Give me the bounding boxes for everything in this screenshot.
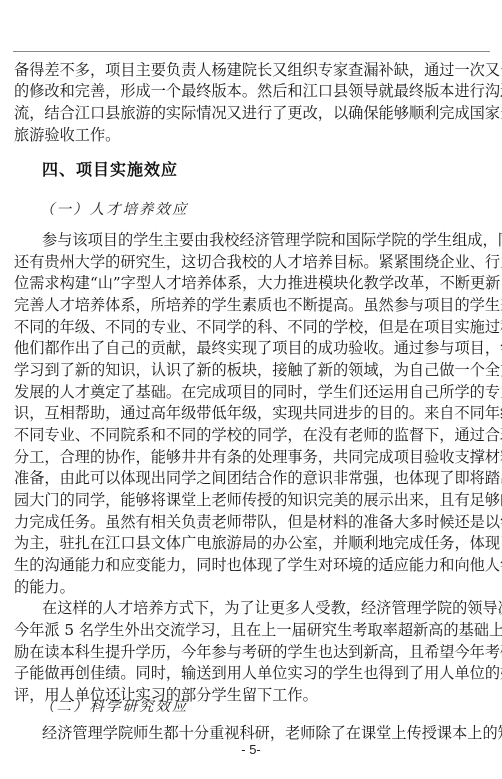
text-line: 识，互相帮助，通过高年级带低年级，实现共同进步的目的。来自不同年级、 xyxy=(14,403,489,423)
text-line: 位需求构建“山”字型人才培养体系，大力推进模块化教学改革，不断更新 xyxy=(14,273,489,293)
text-line: 园大门的同学，能够将课堂上老师传授的知识完美的展示出来，且有足够的能 xyxy=(14,490,489,510)
text-line: 还有贵州大学的研究生，这切合我校的人才培养目标。紧紧围绕企业、行业岗 xyxy=(14,252,489,272)
text-line: 不同专业、不同院系和不同的学校的同学，在没有老师的监督下，通过合理的 xyxy=(14,425,489,445)
text-line: 分工，合理的协作，能够井井有条的处理事务，共同完成项目验收支撑材料的 xyxy=(14,447,489,467)
text-line: 在这样的人才培养方式下，为了让更多人受教，经济管理学院的领导决定 xyxy=(42,598,489,618)
text-line: 的能力。 xyxy=(14,577,489,597)
header-rule xyxy=(13,51,490,52)
text-line: 准备，由此可以体现出同学之间团结合作的意识非常强，也体现了即将踏出校 xyxy=(14,468,489,488)
subsection-heading-talent: （一）人才培养效应 xyxy=(40,200,189,220)
text-line: 发展的人才奠定了基础。在完成项目的同时，学生们还运用自己所学的专业知 xyxy=(14,382,489,402)
text-line: 经济管理学院师生都十分重视科研，老师除了在课堂上传授课本上的知识 xyxy=(42,723,489,743)
subsection-heading-research: （二）科学研究效应 xyxy=(40,697,189,717)
text-line: 今年派 5 名学生外出交流学习，且在上一届研究生考取率超新高的基础上，鼓 xyxy=(14,620,489,640)
text-line: 子能做再创佳绩。同时，输送到用人单位实习的学生也得到了用人单位的好 xyxy=(14,663,489,683)
text-line: 生的沟通能力和应变能力，同时也体现了学生对环境的适应能力和向他人学习 xyxy=(14,555,489,575)
text-line: 完善人才培养体系，所培养的学生素质也不断提高。虽然参与项目的学生来自 xyxy=(14,295,489,315)
text-line: 旅游验收工作。 xyxy=(14,125,489,145)
text-line: 流，结合江口县旅游的实际情况又进行了更改，以确保能够顺利完成国家全域 xyxy=(14,103,489,123)
text-line: 为主，驻扎在江口县文体广电旅游局的办公室，并顺利地完成任务，体现了学 xyxy=(14,533,489,553)
page-number: - 5- xyxy=(0,741,502,759)
text-line: 他们都作出了自己的贡献，最终实现了项目的成功验收。通过参与项目，学生 xyxy=(14,338,489,358)
text-line: 励在读本科生提升学历，今年参与考研的学生也达到新高，且希望今年考研学 xyxy=(14,642,489,662)
text-line: 力完成任务。虽然有相关负责老师带队，但是材料的准备大多时候还是以学生 xyxy=(14,512,489,532)
text-line: 备得差不多，项目主要负责人杨建院长又组织专家查漏补缺，通过一次又一次 xyxy=(14,60,489,80)
text-line: 的修改和完善，形成一个最终版本。然后和江口县领导就最终版本进行沟通交 xyxy=(14,81,489,101)
text-line: 学习到了新的知识，认识了新的板块，接触了新的领域，为自己做一个全方位 xyxy=(14,360,489,380)
section-heading: 四、项目实施效应 xyxy=(42,160,178,180)
text-line: 参与该项目的学生主要由我校经济管理学院和国际学院的学生组成，同时 xyxy=(42,230,489,250)
text-line: 不同的年级、不同的专业、不同学的科、不同的学校，但是在项目实施过程中 xyxy=(14,317,489,337)
